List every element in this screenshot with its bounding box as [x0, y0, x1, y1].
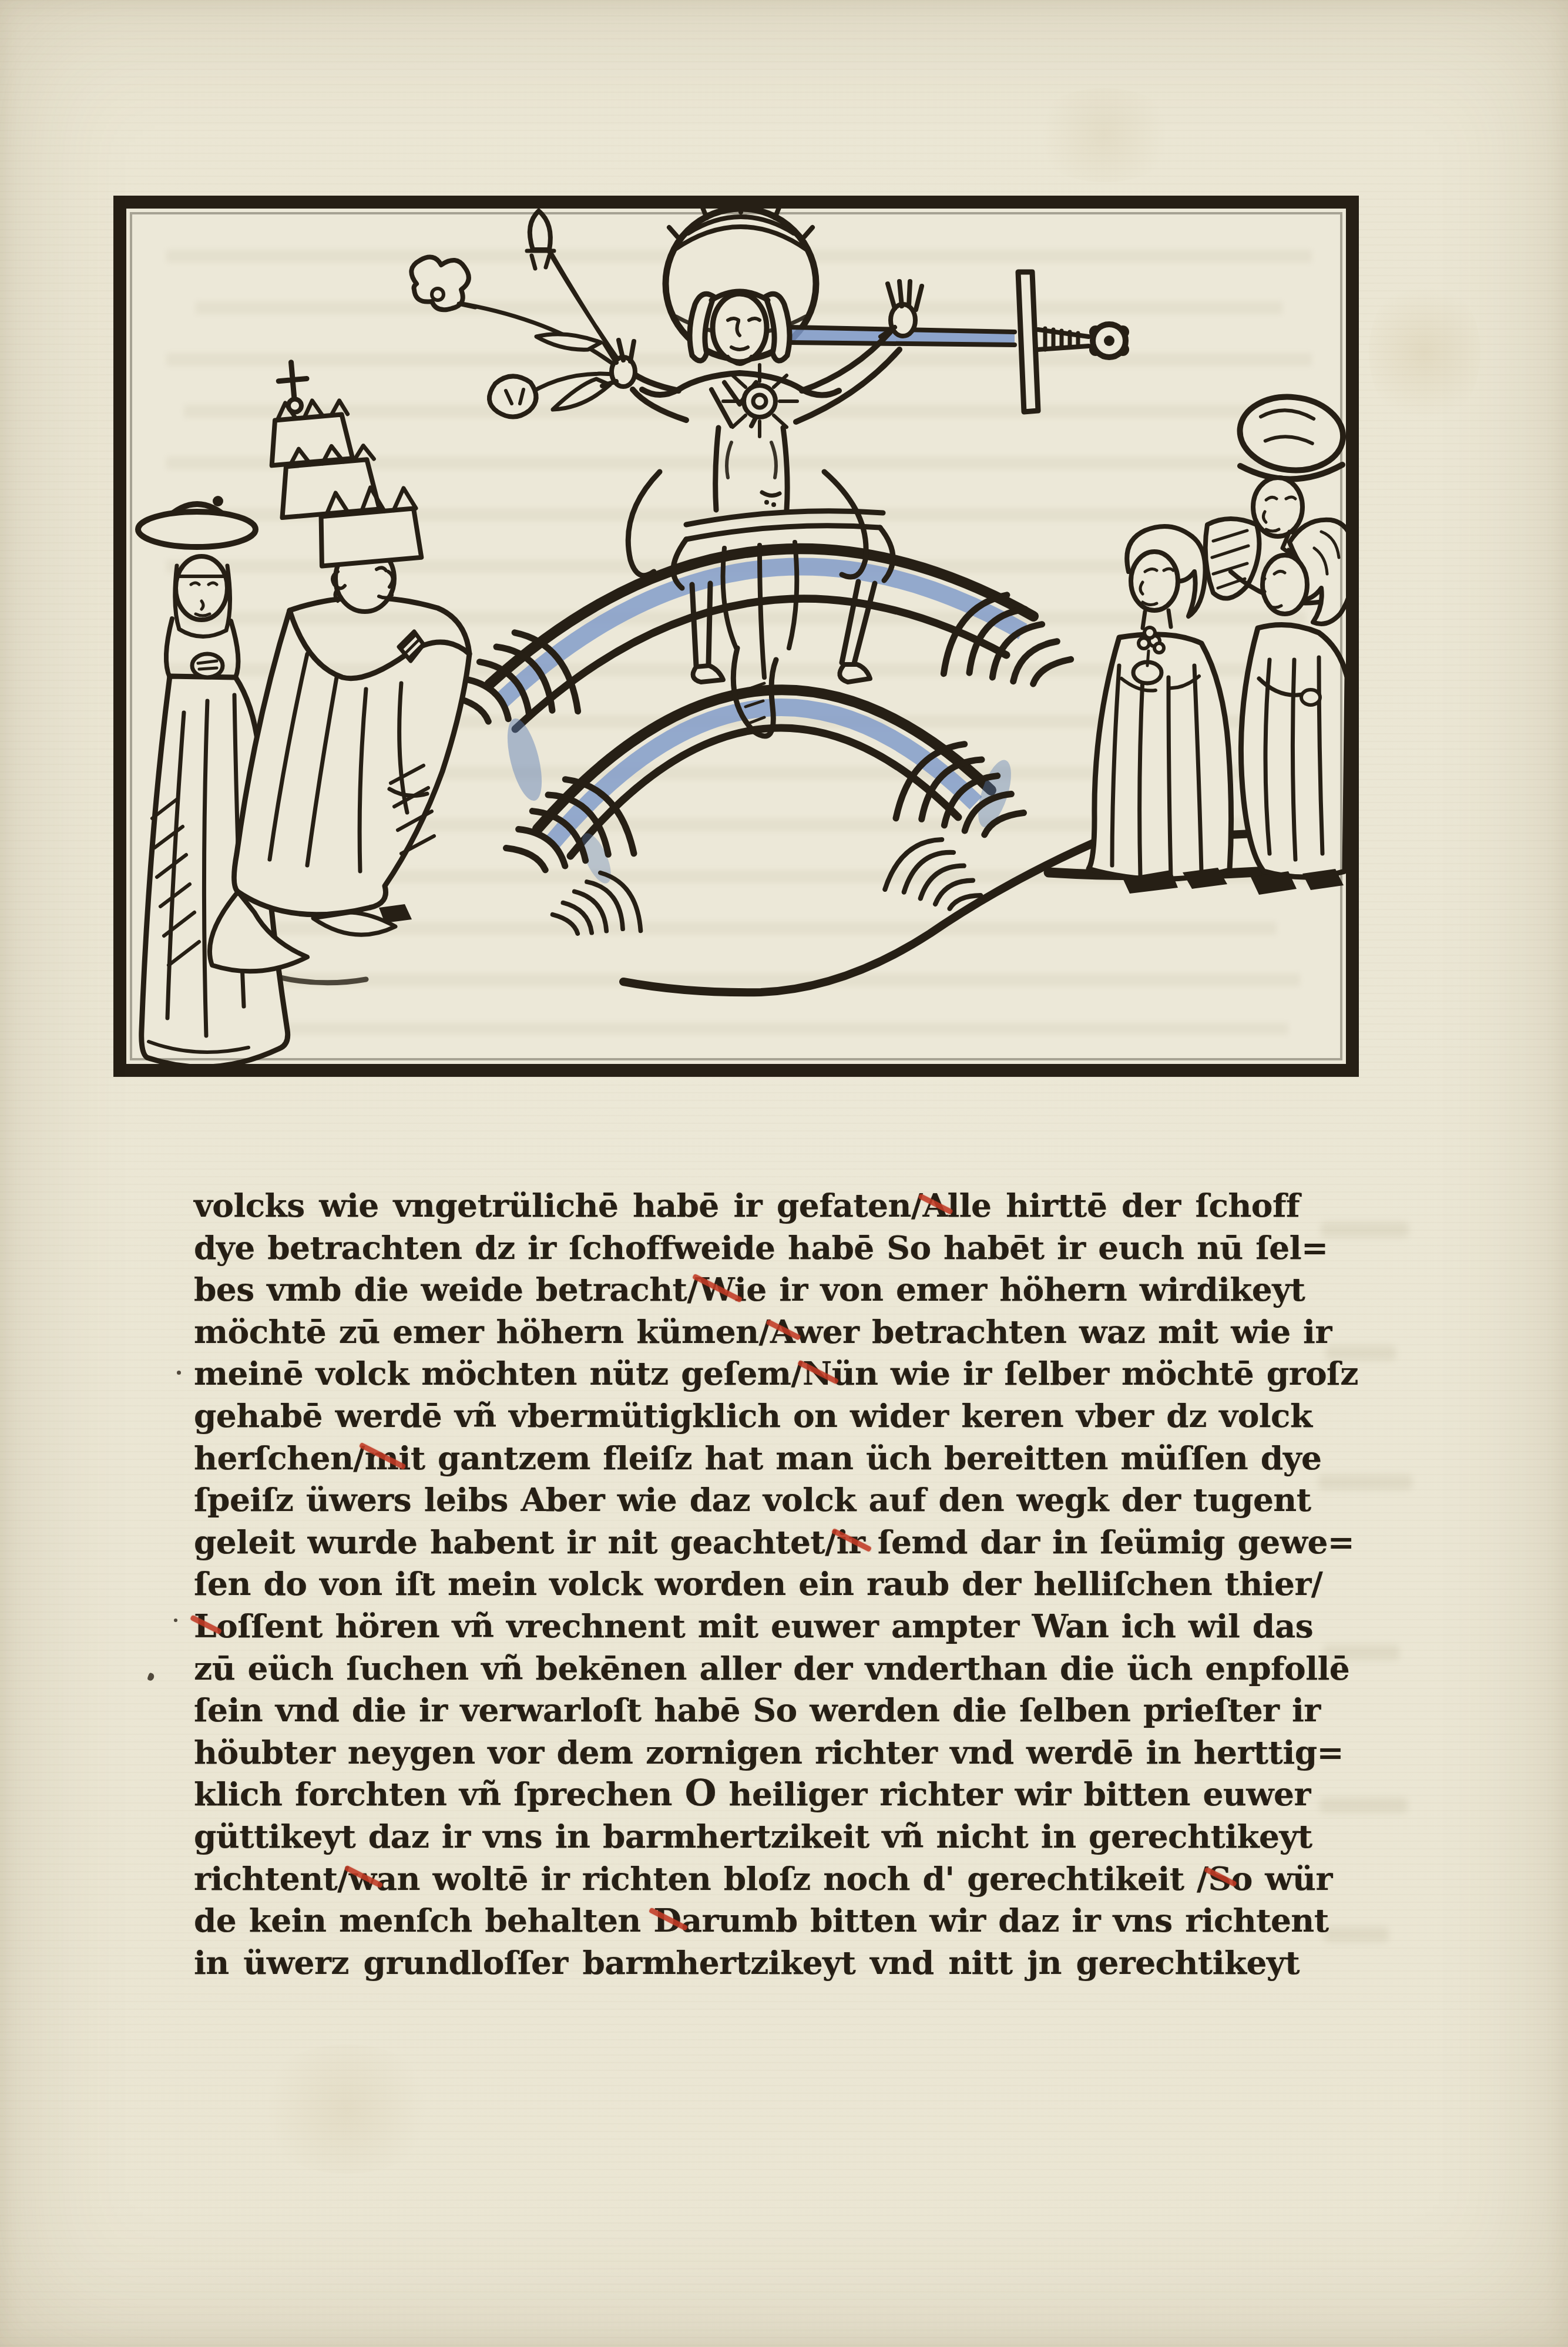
text-run: lle hirttē der ſchoff: [947, 1186, 1300, 1224]
text-run: höubter neygen vor dem zornigen richter …: [194, 1733, 1344, 1771]
text-line: dye betrachten dz ir ſchoffweide habē So…: [194, 1227, 1300, 1269]
rubricated-initial: N: [803, 1352, 832, 1395]
text-run: heiliger richter wir bitten euwer: [716, 1775, 1311, 1813]
text-run: richtent/: [194, 1859, 349, 1898]
text-line: de kein menſch behalten Darumb bitten wi…: [194, 1899, 1300, 1942]
text-run: it gantzem fleiſz hat man üch bereitten …: [398, 1439, 1321, 1477]
bleedthrough-mark: [1319, 1798, 1408, 1813]
front-man-face: [1131, 552, 1178, 610]
text-run: in üwerz grundloſſer barmhertzikeyt vnd …: [194, 1943, 1300, 1982]
text-run: ie ir von emer höhern wirdikeyt: [734, 1270, 1305, 1308]
rubricated-initial: A: [922, 1184, 947, 1227]
text-line: ſpeiſz üwers leibs Aber wie daz volck au…: [194, 1479, 1300, 1521]
text-run: de kein menſch behalten: [194, 1901, 653, 1939]
paper-stain: [1028, 88, 1181, 182]
text-line: güttikeyt daz ir vns in barmhertzikeit v…: [194, 1815, 1300, 1858]
text-run: herſchen/: [194, 1439, 365, 1477]
text-run: arumb bitten wir daz ir vns richtent: [681, 1901, 1328, 1939]
text-line: ſein vnd die ir verwarloſt habē So werde…: [194, 1689, 1300, 1731]
text-run: wer betrachten waz mit wie ir: [795, 1312, 1332, 1351]
text-line: geleit wurde habent ir nit geachtet/ir ſ…: [194, 1521, 1300, 1563]
text-run: geleit wurde habent ir nit geachtet/: [194, 1523, 837, 1561]
rubricated-initial: S: [1208, 1858, 1231, 1900]
text-run: ün wie ir ſelber möchtē groſz: [832, 1354, 1358, 1392]
text-run: ſpeiſz üwers leibs Aber wie daz volck au…: [194, 1480, 1311, 1519]
rubricated-initial: A: [770, 1311, 795, 1353]
text-run: ſen do von iſt mein volck worden ein rau…: [194, 1564, 1322, 1603]
text-run: güttikeyt daz ir vns in barmhertzikeit v…: [194, 1817, 1312, 1855]
text-line: gehabē werdē vñ vbermütigklich on wider …: [194, 1395, 1300, 1437]
text-line: richtent/wan woltē ir richten bloſz noch…: [194, 1858, 1300, 1900]
text-line: ſen do von iſt mein volck worden ein rau…: [194, 1563, 1300, 1605]
bleedthrough-mark: [1321, 1222, 1409, 1237]
ink-speck: [174, 1619, 177, 1622]
hat-man-face: [1253, 478, 1302, 536]
text-run: an woltē ir richten bloſz noch d' gerech…: [377, 1859, 1208, 1898]
text-line: höubter neygen vor dem zornigen richter …: [194, 1731, 1300, 1774]
text-line: in üwerz grundloſſer barmhertzikeyt vnd …: [194, 1942, 1300, 1984]
rubricated-initial: w: [349, 1858, 377, 1900]
text-line: Loſſent hören vñ vrechnent mit euwer amp…: [194, 1605, 1300, 1647]
text-run: gehabē werdē vñ vbermütigklich on wider …: [194, 1396, 1312, 1435]
text-run: volcks wie vngetrülichē habē ir gefaten/: [194, 1186, 922, 1224]
text-block: volcks wie vngetrülichē habē ir gefaten/…: [194, 1184, 1300, 1983]
text-run: oſſent hören vñ vrechnent mit euwer ampt…: [216, 1607, 1313, 1645]
text-line: herſchen/mit gantzem fleiſz hat man üch …: [194, 1437, 1300, 1479]
text-run: klich forchten vñ ſprechen: [194, 1775, 684, 1813]
text-run: o wür: [1231, 1859, 1332, 1898]
rubricated-initial: m: [365, 1437, 399, 1479]
rubricated-initial: D: [653, 1899, 681, 1942]
text-run: ſein vnd die ir verwarloſt habē So werde…: [194, 1691, 1321, 1729]
ink-speck: [147, 1673, 155, 1682]
ink-speck: [177, 1371, 181, 1375]
text-run: möchtē zū emer höhern kümen/: [194, 1312, 770, 1351]
bare-foot: [840, 664, 870, 682]
woodcut-illustration: [113, 196, 1359, 1077]
chest-rosette: [723, 365, 797, 437]
text-line: bes vmb die weide betracht/Wie ir von em…: [194, 1268, 1300, 1311]
text-run: ſemd dar in ſeümig gewe=: [865, 1523, 1354, 1561]
text-run: meinē volck möchten nütz geſem/: [194, 1354, 803, 1392]
text-line: meinē volck möchten nütz geſem/Nün wie i…: [194, 1352, 1300, 1395]
lily-flower: [411, 257, 468, 310]
paper-stain: [253, 2044, 441, 2174]
text-line: volcks wie vngetrülichē habē ir gefaten/…: [194, 1184, 1300, 1227]
paper-stain: [1369, 276, 1480, 429]
bleedthrough-mark: [1324, 1927, 1389, 1942]
book-page: volcks wie vngetrülichē habē ir gefaten/…: [0, 0, 1568, 2347]
text-run: zū eüch ſuchen vñ bekēnen aller der vnde…: [194, 1649, 1349, 1687]
text-line: möchtē zū emer höhern kümen/Awer betrach…: [194, 1311, 1300, 1353]
text-run: dye betrachten dz ir ſchoffweide habē So…: [194, 1228, 1328, 1267]
text-line: klich forchten vñ ſprechen O heiliger ri…: [194, 1773, 1300, 1815]
rubricated-initial: W: [699, 1268, 734, 1311]
rubricated-initial: ir: [837, 1521, 865, 1563]
text-line: zū eüch ſuchen vñ bekēnen aller der vnde…: [194, 1647, 1300, 1690]
christ-face: [713, 294, 767, 362]
rubricated-initial: L: [194, 1605, 216, 1647]
lily-flower: [489, 376, 536, 417]
bleedthrough-mark: [1318, 1475, 1412, 1490]
text-run: bes vmb die weide betracht/: [194, 1270, 699, 1308]
